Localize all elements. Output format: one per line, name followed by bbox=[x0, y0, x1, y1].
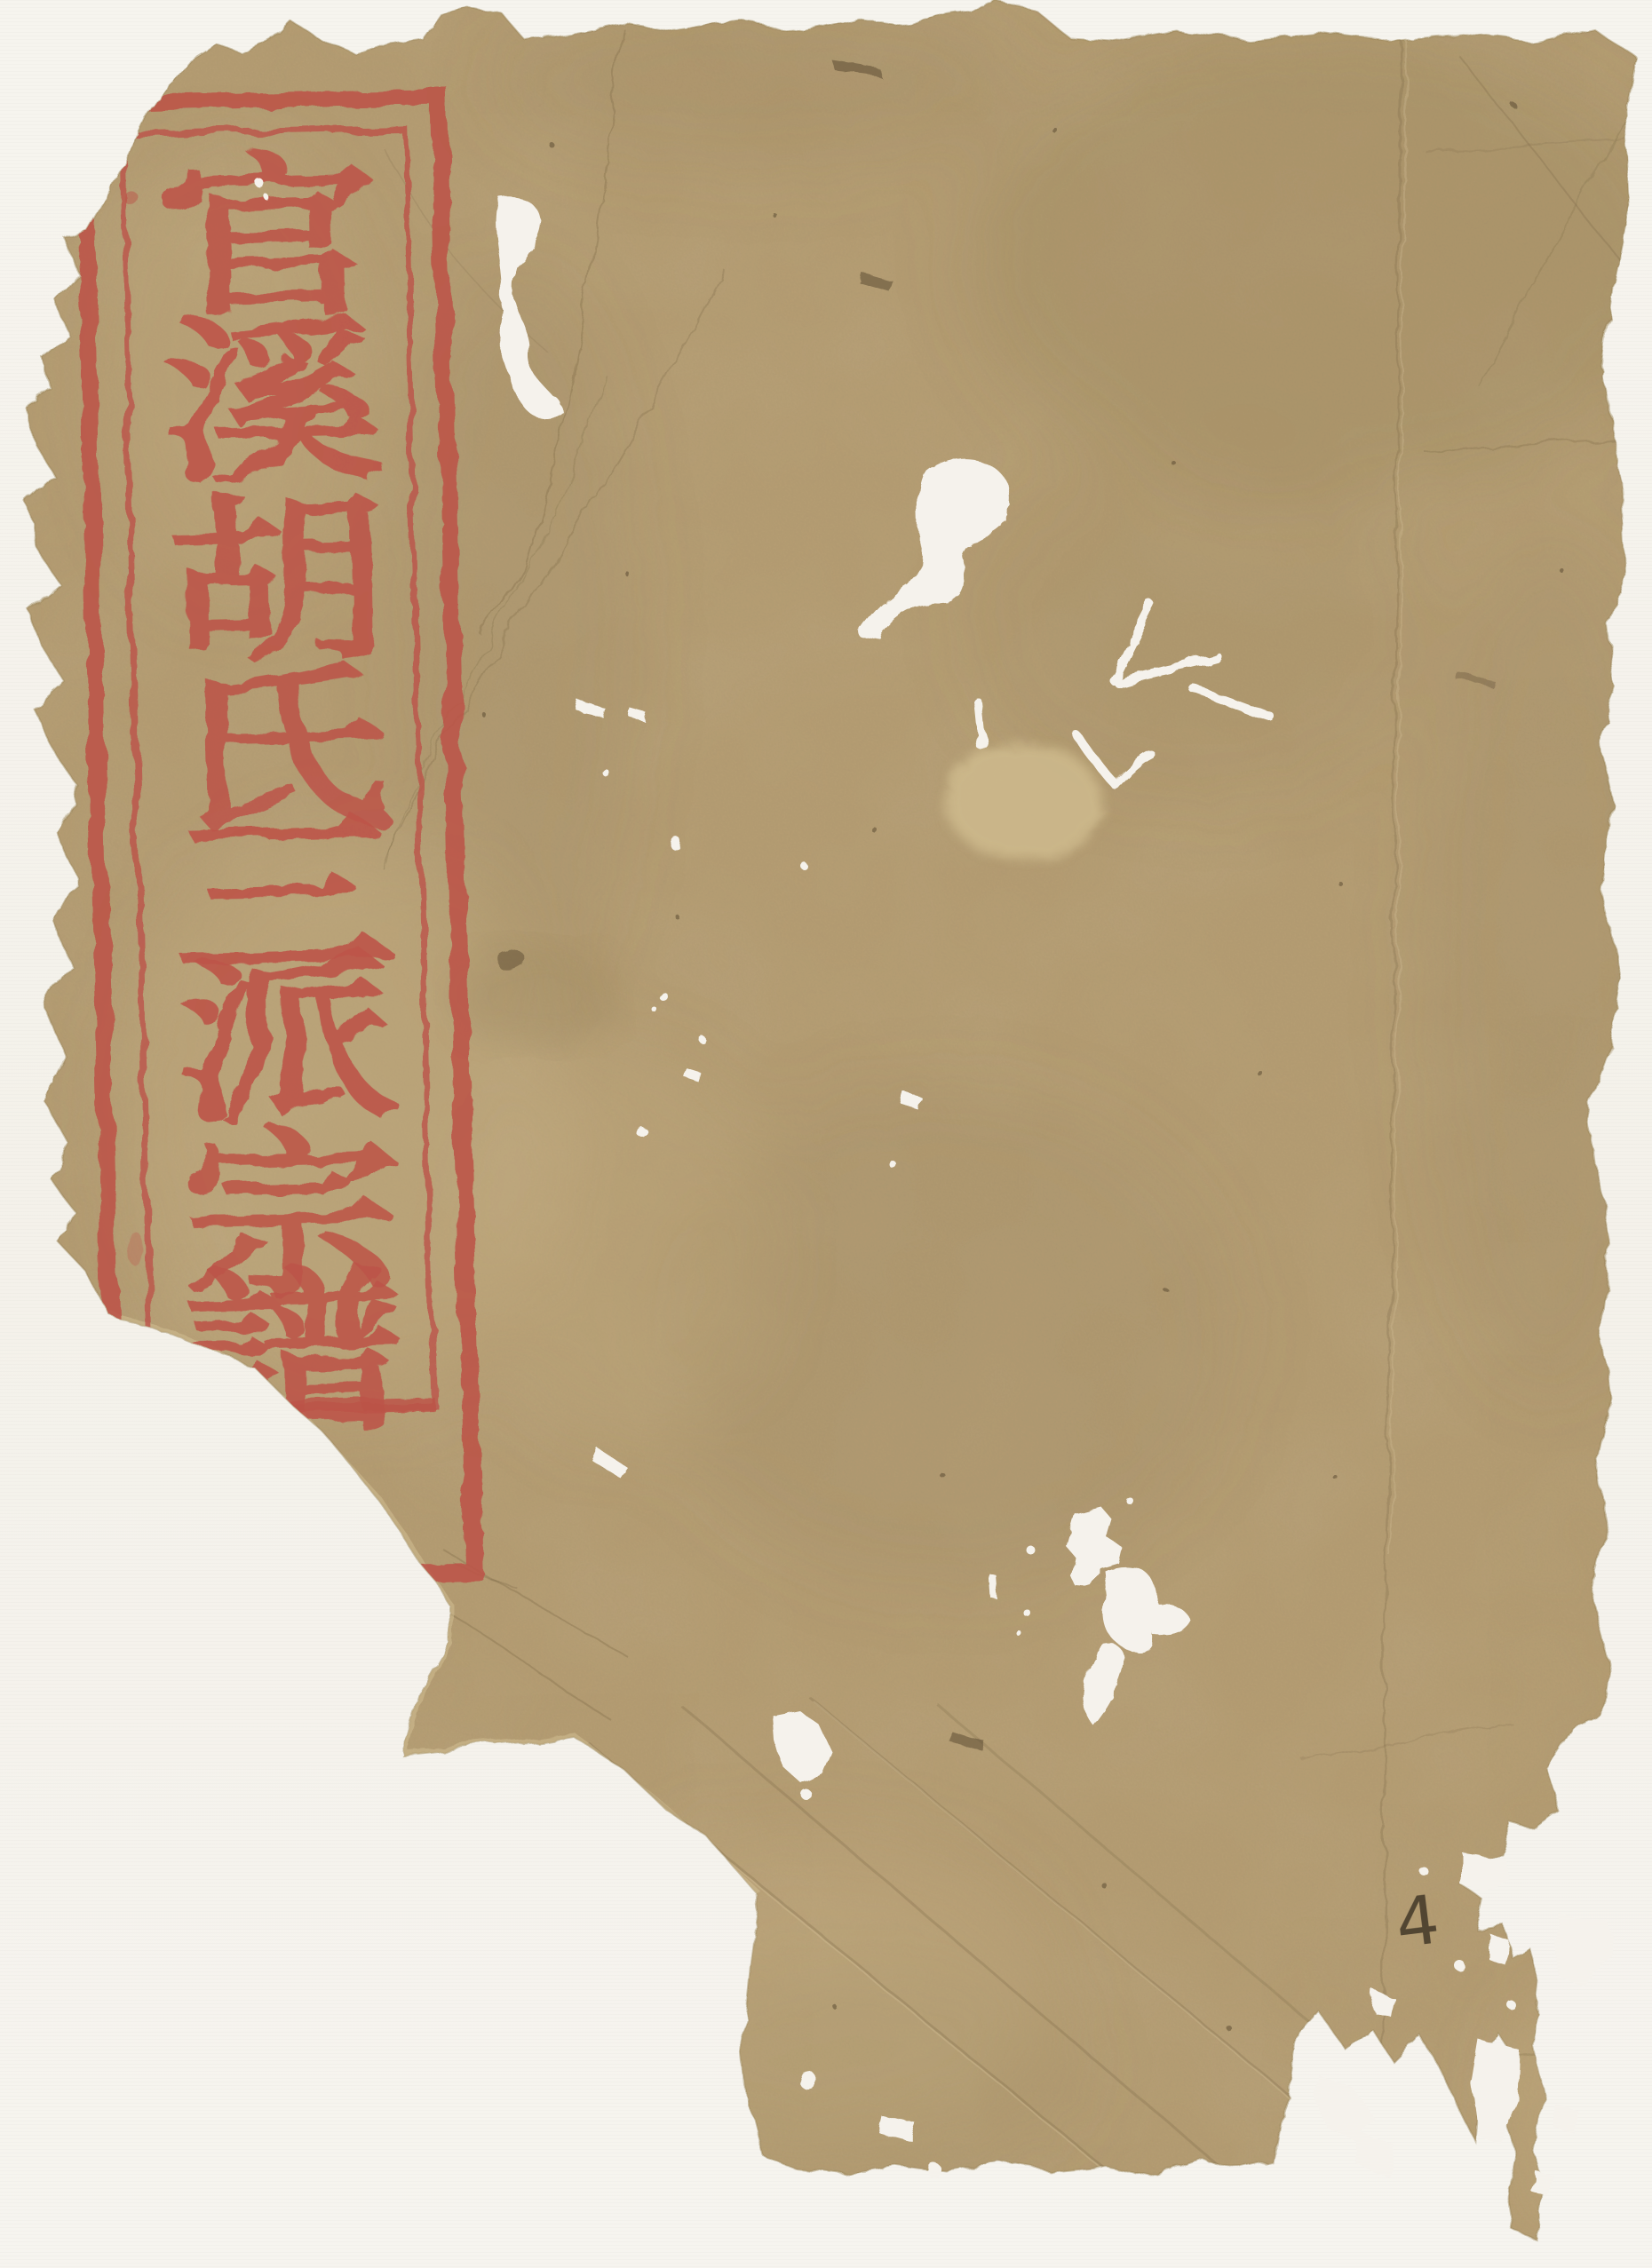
speck bbox=[1225, 2024, 1230, 2029]
scan-image: 官 溪 胡 氏 三 派 宗 譜 bbox=[0, 0, 1652, 2268]
torn-hole bbox=[1013, 1628, 1019, 1633]
torn-hole bbox=[1418, 1866, 1427, 1875]
scanned-book-cover: 官 溪 胡 氏 三 派 宗 譜 bbox=[0, 0, 1652, 2268]
torn-hole bbox=[890, 1162, 897, 1169]
torn-hole bbox=[924, 2160, 938, 2174]
torn-hole bbox=[632, 1122, 643, 1133]
torn-hole bbox=[262, 193, 267, 198]
torn-hole bbox=[1451, 1957, 1462, 1968]
torn-hole bbox=[657, 990, 666, 999]
torn-hole bbox=[599, 765, 606, 773]
torn-hole bbox=[1505, 1999, 1514, 2008]
speck bbox=[1332, 1474, 1337, 1479]
torn-hole bbox=[798, 860, 805, 867]
torn-hole bbox=[795, 2067, 813, 2085]
torn-hole bbox=[1123, 1494, 1130, 1501]
speck bbox=[1100, 1882, 1106, 1887]
speck bbox=[1172, 462, 1177, 466]
torn-crack bbox=[975, 700, 980, 744]
speck bbox=[870, 825, 875, 830]
speck bbox=[835, 2007, 839, 2011]
speck bbox=[1048, 123, 1053, 129]
stain bbox=[480, 1048, 764, 1439]
title-text-column: 官 溪 胡 氏 三 派 宗 譜 bbox=[153, 131, 405, 1457]
torn-hole bbox=[1026, 1545, 1035, 1554]
speck bbox=[480, 710, 484, 715]
torn-hole bbox=[798, 1787, 809, 1797]
speck bbox=[675, 915, 679, 919]
speck bbox=[622, 568, 626, 573]
torn-hole bbox=[255, 178, 264, 187]
speck bbox=[1511, 102, 1516, 107]
speck bbox=[773, 213, 777, 218]
speck bbox=[1336, 879, 1340, 884]
speck bbox=[1260, 1074, 1266, 1079]
speck bbox=[1164, 1288, 1168, 1292]
speck bbox=[548, 141, 553, 147]
speck bbox=[941, 1473, 946, 1479]
speck bbox=[1560, 568, 1564, 573]
torn-hole bbox=[1020, 1606, 1027, 1613]
torn-hole bbox=[1076, 1541, 1091, 1582]
dark-smudge bbox=[449, 941, 617, 1048]
repair-patch bbox=[943, 741, 1100, 858]
torn-hole bbox=[666, 834, 679, 846]
torn-hole bbox=[651, 1006, 656, 1011]
torn-hole bbox=[546, 393, 555, 402]
stain bbox=[968, 27, 1652, 488]
torn-hole bbox=[696, 1034, 703, 1041]
